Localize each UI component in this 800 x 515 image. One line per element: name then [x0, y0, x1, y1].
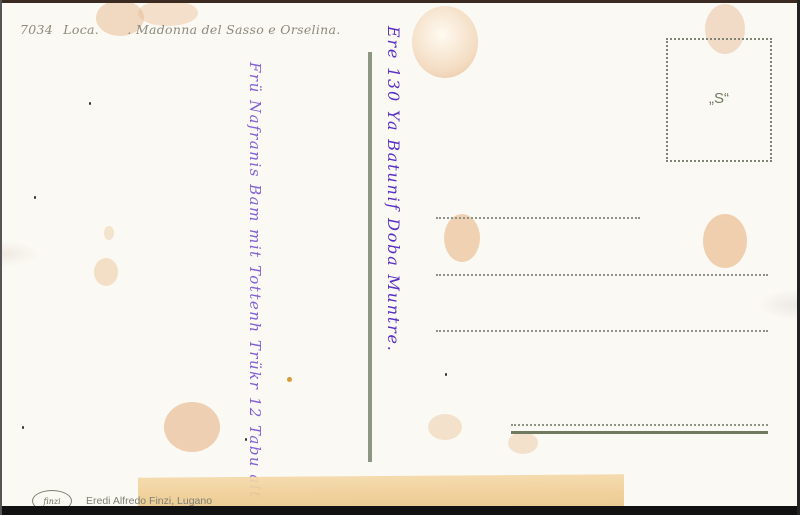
stain-left-tiny [104, 226, 114, 240]
stain-mid-left-address [444, 214, 480, 262]
caption-number: 7034 [20, 22, 53, 37]
address-line-4 [511, 424, 768, 426]
stain-bottom-left [164, 402, 220, 452]
stain-top-middle [412, 6, 478, 78]
scan-edge-bottom [0, 506, 800, 515]
caption-title: . Madonna del Sasso e Orselina. [127, 22, 340, 37]
publisher-name: Eredi Alfredo Finzi, Lugano [86, 495, 212, 507]
handwritten-message-right: Ere 130 Ya Batunif Doba Muntre. [384, 26, 403, 353]
speck [245, 438, 247, 441]
address-line-1 [436, 217, 640, 219]
center-divider [368, 52, 372, 462]
stamp-label: „S“ [668, 90, 770, 107]
scan-edge-left [0, 0, 2, 515]
speck [445, 373, 447, 376]
card-caption: 7034 Loca. . Madonna del Sasso e Orselin… [20, 22, 341, 37]
speck [22, 426, 24, 429]
address-line-3 [436, 330, 768, 332]
ink-spot [287, 377, 292, 382]
stain-mid-right-address [703, 214, 747, 268]
speck [34, 196, 36, 199]
address-line-2 [436, 274, 768, 276]
stain-lower-center [428, 414, 462, 440]
address-underline [511, 431, 768, 434]
stain-left-small [94, 258, 118, 286]
stain-lower-center-2 [508, 432, 538, 454]
speck [89, 102, 91, 105]
handwritten-message-left: Frü Nafranis Bam mit Tottenh Trükr 12 Ta… [246, 62, 264, 499]
caption-location: Loca. [63, 22, 99, 37]
scan-edge-top [0, 0, 800, 3]
postcard-back: 7034 Loca. . Madonna del Sasso e Orselin… [0, 0, 797, 508]
stamp-box: „S“ [666, 38, 772, 162]
